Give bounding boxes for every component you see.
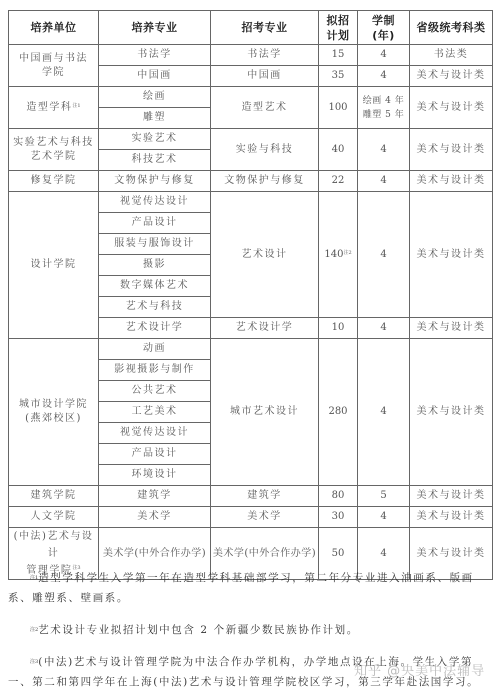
category-cell: 书法类 [410, 45, 493, 66]
years-cell: 4 [358, 171, 410, 192]
unit-cell: 修复学院 [9, 171, 99, 192]
plan-cell: 35 [319, 66, 358, 87]
category-cell: 美术与设计类 [410, 507, 493, 528]
table-row: 造型学科注1 绘画 造型艺术 100 绘画 4 年雕塑 5 年 美术与设计类 [9, 87, 493, 108]
header-years: 学制(年) [358, 11, 410, 45]
plan-cell: 15 [319, 45, 358, 66]
major-cell: 环境设计 [99, 465, 211, 486]
unit-cell: 实验艺术与科技艺术学院 [9, 129, 99, 171]
years-cell: 4 [358, 66, 410, 87]
major-cell: 建筑学 [99, 486, 211, 507]
footnote-2: 注2艺术设计专业拟招计划中包含 2 个新疆少数民族协作计划。 [8, 620, 494, 640]
footnote-1: 注1造型学科学生入学第一年在造型学科基础部学习，第二年分专业进入油画系、版画系、… [8, 568, 494, 608]
years-cell: 4 [358, 45, 410, 66]
years-cell: 5 [358, 486, 410, 507]
years-cell: 绘画 4 年雕塑 5 年 [358, 87, 410, 129]
major-cell: 绘画 [99, 87, 211, 108]
major-cell: 影视摄影与制作 [99, 360, 211, 381]
major-cell: 文物保护与修复 [99, 171, 211, 192]
major-cell: 动画 [99, 339, 211, 360]
plan-cell: 22 [319, 171, 358, 192]
major-cell: 服装与服饰设计 [99, 234, 211, 255]
exam-cell: 建筑学 [211, 486, 319, 507]
plan-cell: 280 [319, 339, 358, 486]
major-cell: 摄影 [99, 255, 211, 276]
table-row: 人文学院 美术学 美术学 30 4 美术与设计类 [9, 507, 493, 528]
table-row: 设计学院 视觉传达设计 艺术设计 140注2 4 美术与设计类 [9, 192, 493, 213]
major-cell: 视觉传达设计 [99, 423, 211, 444]
table-row: 城市设计学院(燕郊校区) 动画 城市艺术设计 280 4 美术与设计类 [9, 339, 493, 360]
years-cell: 4 [358, 507, 410, 528]
watermark: 知乎 @央美中法辅导 [354, 660, 485, 679]
years-cell: 4 [358, 318, 410, 339]
footnote-mark: 注2 [343, 250, 351, 256]
major-cell: 艺术与科技 [99, 297, 211, 318]
major-cell: 产品设计 [99, 444, 211, 465]
exam-cell: 艺术设计学 [211, 318, 319, 339]
plan-cell: 30 [319, 507, 358, 528]
exam-cell: 城市艺术设计 [211, 339, 319, 486]
exam-cell: 造型艺术 [211, 87, 319, 129]
major-cell: 科技艺术 [99, 150, 211, 171]
category-cell: 美术与设计类 [410, 129, 493, 171]
exam-cell: 文物保护与修复 [211, 171, 319, 192]
years-cell: 4 [358, 129, 410, 171]
header-major: 培养专业 [99, 11, 211, 45]
plan-cell: 80 [319, 486, 358, 507]
major-cell: 视觉传达设计 [99, 192, 211, 213]
major-cell: 中国画 [99, 66, 211, 87]
category-cell: 美术与设计类 [410, 87, 493, 129]
category-cell: 美术与设计类 [410, 318, 493, 339]
category-cell: 美术与设计类 [410, 486, 493, 507]
unit-cell: 造型学科注1 [9, 87, 99, 129]
table-row: 中国画与书法学院 书法学 书法学 15 4 书法类 [9, 45, 493, 66]
major-cell: 书法学 [99, 45, 211, 66]
major-cell: 数字媒体艺术 [99, 276, 211, 297]
major-cell: 公共艺术 [99, 381, 211, 402]
major-cell: 产品设计 [99, 213, 211, 234]
header-plan: 拟招计划 [319, 11, 358, 45]
years-cell: 4 [358, 192, 410, 318]
major-cell: 实验艺术 [99, 129, 211, 150]
category-cell: 美术与设计类 [410, 66, 493, 87]
plan-cell: 40 [319, 129, 358, 171]
category-cell: 美术与设计类 [410, 339, 493, 486]
category-cell: 美术与设计类 [410, 171, 493, 192]
header-row: 培养单位 培养专业 招考专业 拟招计划 学制(年) 省级统考科类 [9, 11, 493, 45]
unit-cell: 城市设计学院(燕郊校区) [9, 339, 99, 486]
unit-cell: 设计学院 [9, 192, 99, 339]
table-row: 修复学院 文物保护与修复 文物保护与修复 22 4 美术与设计类 [9, 171, 493, 192]
unit-cell: 人文学院 [9, 507, 99, 528]
years-cell: 4 [358, 339, 410, 486]
exam-cell: 实验与科技 [211, 129, 319, 171]
header-category: 省级统考科类 [410, 11, 493, 45]
exam-cell: 艺术设计 [211, 192, 319, 318]
plan-cell: 140注2 [319, 192, 358, 318]
enrollment-table: 培养单位 培养专业 招考专业 拟招计划 学制(年) 省级统考科类 中国画与书法学… [8, 10, 493, 580]
header-exam-major: 招考专业 [211, 11, 319, 45]
header-unit: 培养单位 [9, 11, 99, 45]
exam-cell: 书法学 [211, 45, 319, 66]
plan-cell: 100 [319, 87, 358, 129]
footnote-mark: 注1 [72, 103, 80, 109]
major-cell: 雕塑 [99, 108, 211, 129]
plan-cell: 10 [319, 318, 358, 339]
unit-cell: 中国画与书法学院 [9, 45, 99, 87]
major-cell: 艺术设计学 [99, 318, 211, 339]
exam-cell: 中国画 [211, 66, 319, 87]
unit-cell: 建筑学院 [9, 486, 99, 507]
exam-cell: 美术学 [211, 507, 319, 528]
category-cell: 美术与设计类 [410, 192, 493, 318]
table-row: 建筑学院 建筑学 建筑学 80 5 美术与设计类 [9, 486, 493, 507]
table-row: 实验艺术与科技艺术学院 实验艺术 实验与科技 40 4 美术与设计类 [9, 129, 493, 150]
major-cell: 美术学 [99, 507, 211, 528]
major-cell: 工艺美术 [99, 402, 211, 423]
